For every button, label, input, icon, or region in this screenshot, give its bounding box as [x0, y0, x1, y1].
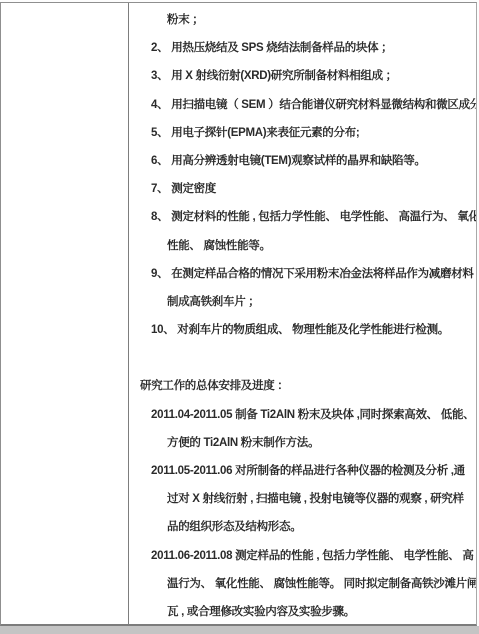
content-cell: 粉末 ；2、 用热压烧结及 SPS 烧结法制备样品的块体 ；3、 用 X 射线衍… — [129, 3, 476, 624]
text-line: 10、 对刹车片的物质组成、 物理性能及化学性能进行检测。 — [129, 316, 476, 344]
text-line — [129, 344, 476, 372]
page-bottom-edge — [0, 626, 479, 634]
text-line: 2011.04-2011.05 制备 Ti2AlN 粉末及块体 ,同时探索高效、… — [129, 401, 476, 429]
text-line: 过对 X 射线衍射 , 扫描电镜 , 投射电镜等仪器的观察 , 研究样 — [129, 485, 476, 513]
document-page: 粉末 ；2、 用热压烧结及 SPS 烧结法制备样品的块体 ；3、 用 X 射线衍… — [0, 0, 479, 634]
left-column-cell — [1, 3, 129, 624]
text-line: 3、 用 X 射线衍射(XRD)研究所制备材料相组成 ； — [129, 62, 476, 90]
text-line: 瓦 , 或合理修改实验内容及实验步骤。 — [129, 598, 476, 624]
text-line: 温行为、 氧化性能、 腐蚀性能等。 同时拟定制备高铁沙滩片闸 — [129, 570, 476, 598]
text-line: 制成高铁刹车片 ； — [129, 288, 476, 316]
text-line: 2011.06-2011.08 测定样品的性能 , 包括力学性能、 电学性能、 … — [129, 542, 476, 570]
text-line: 2011.05-2011.06 对所制备的样品进行各种仪器的检测及分析 ,通 — [129, 457, 476, 485]
text-line: 品的组织形态及结构形态。 — [129, 513, 476, 541]
text-line: 6、 用高分辨透射电镜(TEM)观察试样的晶界和缺陷等。 — [129, 147, 476, 175]
text-line: 粉末 ； — [129, 6, 476, 34]
text-line: 5、 用电子探针(EPMA)来表征元素的分布; — [129, 119, 476, 147]
text-line: 4、 用扫描电镜（ SEM ）结合能谱仪研究材料显微结构和微区成分 ； — [129, 91, 476, 119]
text-line: 研究工作的总体安排及进度 ： — [129, 372, 476, 400]
text-line: 7、 测定密度 — [129, 175, 476, 203]
text-line: 性能、 腐蚀性能等。 — [129, 232, 476, 260]
content-table: 粉末 ；2、 用热压烧结及 SPS 烧结法制备样品的块体 ；3、 用 X 射线衍… — [0, 2, 477, 626]
text-line: 方便的 Ti2AlN 粉末制作方法。 — [129, 429, 476, 457]
text-line: 2、 用热压烧结及 SPS 烧结法制备样品的块体 ； — [129, 34, 476, 62]
text-line: 9、 在测定样品合格的情况下采用粉末冶金法将样品作为减磨材料 — [129, 260, 476, 288]
text-line: 8、 测定材料的性能 , 包括力学性能、 电学性能、 高温行为、 氧化 — [129, 203, 476, 231]
